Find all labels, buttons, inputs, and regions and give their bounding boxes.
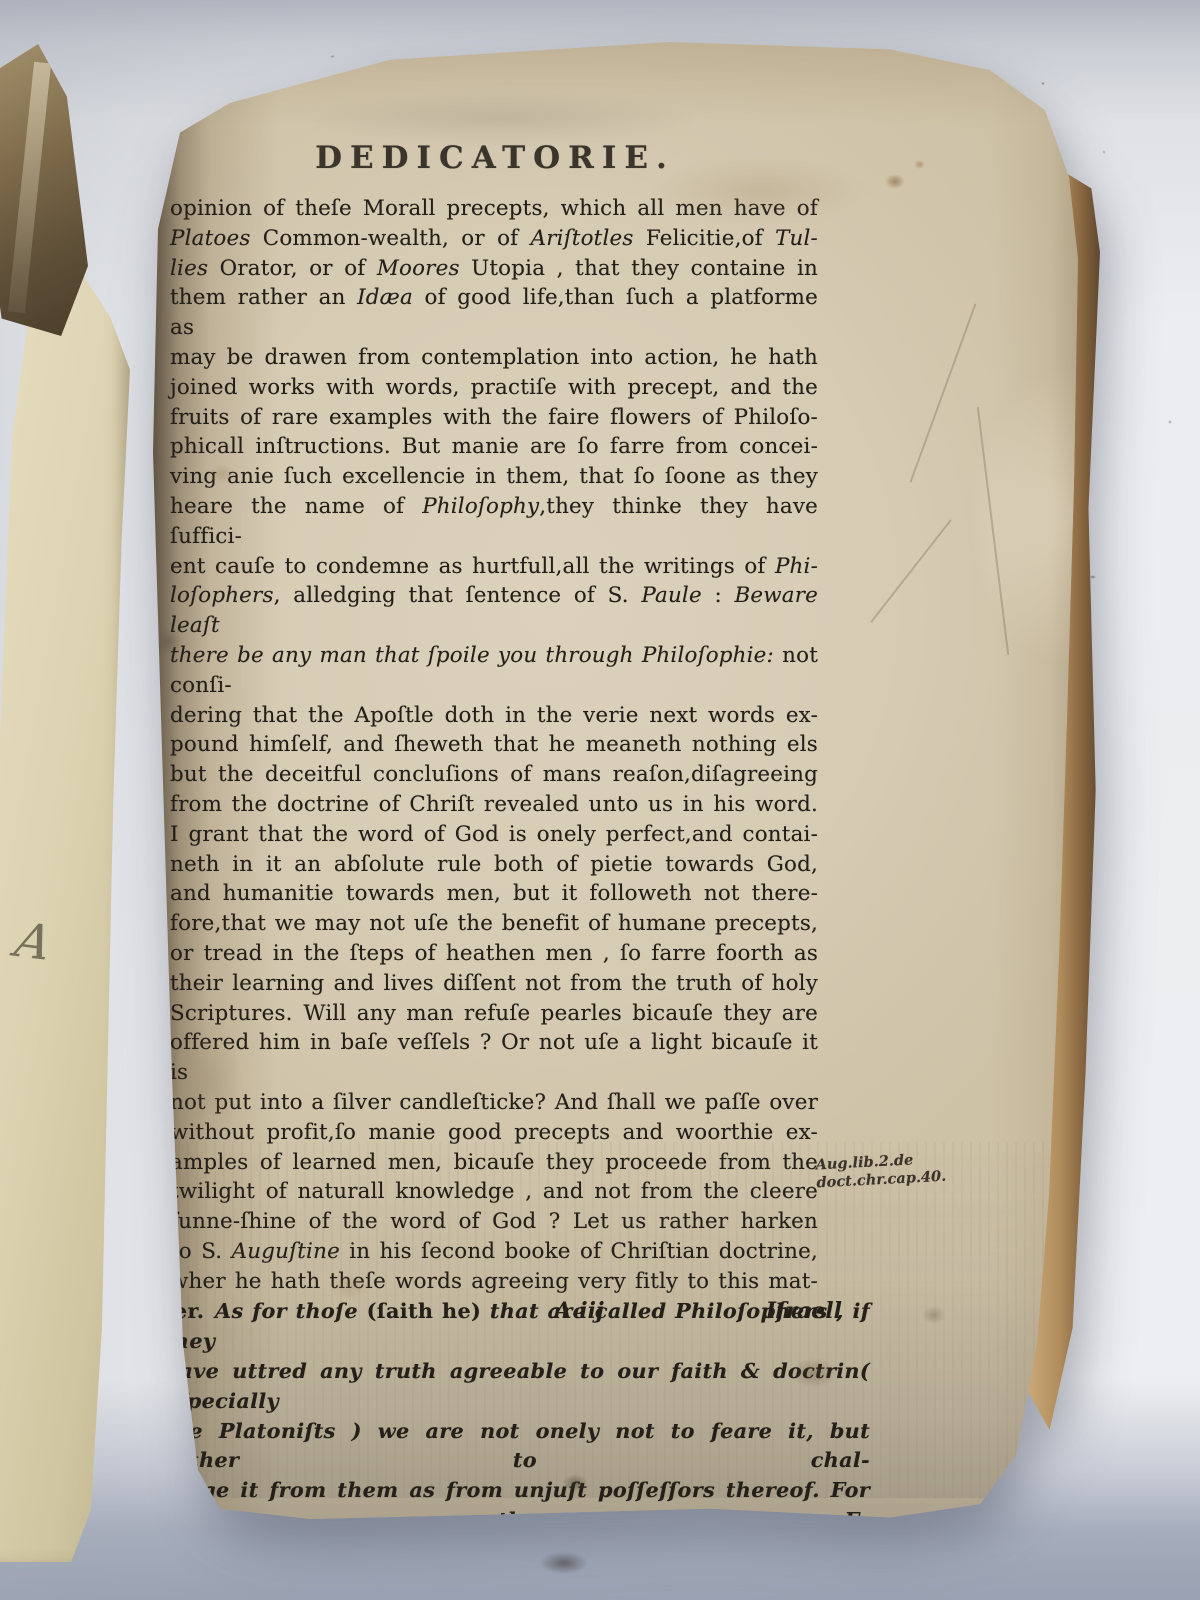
- text-line: wher he hath theſe words agreeing very f…: [170, 1267, 818, 1297]
- text-block: opinion of theſe Morall precepts, which …: [170, 194, 818, 1594]
- paper-crack: [977, 407, 1009, 655]
- text-line: amples of learned men, bicauſe they proc…: [170, 1148, 818, 1178]
- text-line: but the deceitful concluſions of mans re…: [170, 760, 818, 790]
- text-line: to S. Auguſtine in his ſecond booke of C…: [170, 1237, 818, 1267]
- text-line: them rather an Idæa of good life,than ſu…: [170, 283, 818, 343]
- text-line: lies Orator, or of Moores Utopia , that …: [170, 254, 818, 284]
- text-line: or tread in the ſteps of heathen men , ſ…: [170, 939, 818, 969]
- paper-crack: [870, 519, 952, 623]
- text-line: have uttred any truth agreeable to our f…: [164, 1356, 870, 1416]
- text-line: opinion of theſe Morall precepts, which …: [170, 194, 818, 224]
- text-line: ſunne-ſhine of the word of God ? Let us …: [170, 1207, 818, 1237]
- text-line: joined works with words, practiſe with p…: [170, 373, 818, 403]
- paper-crack: [910, 303, 977, 482]
- text-line: loſophers, alledging that ſentence of S.…: [170, 581, 818, 641]
- text-line: ving anie ſuch excellencie in them, that…: [170, 462, 818, 492]
- signature-mark: A iij: [554, 1298, 603, 1324]
- text-line: I grant that the word of God is onely pe…: [170, 820, 818, 850]
- text-line: fore,that we may not uſe the benefit of …: [170, 909, 818, 939]
- text-line: offered him in baſe veſſels ? Or not uſe…: [170, 1028, 818, 1088]
- text-line: fruits of rare examples with the faire f…: [170, 403, 818, 433]
- catchword: Iſraell: [766, 1298, 842, 1324]
- text-line: pound himſelf, and ſheweth that he meane…: [170, 730, 818, 760]
- text-line: their learning and lives diſſent not fro…: [170, 969, 818, 999]
- text-line: not put into a ſilver candleſticke? And …: [170, 1088, 818, 1118]
- text-line: without profit,ſo manie good precepts an…: [170, 1118, 818, 1148]
- spine-highlight: [8, 61, 51, 313]
- text-line: lenge it from them as from unjuſt poſſeſ…: [164, 1475, 870, 1535]
- text-line: ent cauſe to condemne as hurtfull,all th…: [170, 552, 818, 582]
- text-line: Scriptures. Will any man refuſe pearles …: [170, 999, 818, 1029]
- book-page: DEDICATORIE. opinion of theſe Morall pre…: [90, 36, 1090, 1522]
- text-line: twilight of naturall knowledge , and not…: [170, 1177, 818, 1207]
- handwritten-letter-mark: A: [10, 912, 56, 971]
- text-line: phicall inſtructions. But manie are ſo f…: [170, 432, 818, 462]
- text-line: there be any man that ſpoile you through…: [170, 641, 818, 701]
- text-line: heare the name of Philoſophy,they thinke…: [170, 492, 818, 552]
- margin-note: Aug.lib.2.de doct.chr.cap.40.: [815, 1148, 987, 1193]
- running-title: DEDICATORIE.: [170, 140, 820, 176]
- text-line: dering that the Apoſtle doth in the veri…: [170, 701, 818, 731]
- text-line: may be drawen from contemplation into ac…: [170, 343, 818, 373]
- photograph-of-antique-book-page: { "page": { "header": "DEDICATORIE.", "l…: [0, 0, 1200, 1600]
- text-line: gyptians had not onely idols and heavy b…: [164, 1535, 870, 1595]
- text-line: from the doctrine of Chriſt revealed unt…: [170, 790, 818, 820]
- text-line: Platoes Common-wealth, or of Ariſtotles …: [170, 224, 818, 254]
- text-line: neth in it an abſolute rule both of piet…: [170, 850, 818, 880]
- book: DEDICATORIE. opinion of theſe Morall pre…: [0, 0, 1200, 1600]
- text-line: the Platoniſts ) we are not onely not to…: [164, 1416, 870, 1476]
- signature-line: A iij Iſraell: [170, 1298, 830, 1330]
- text-line: and humanitie towards men, but it follow…: [170, 879, 818, 909]
